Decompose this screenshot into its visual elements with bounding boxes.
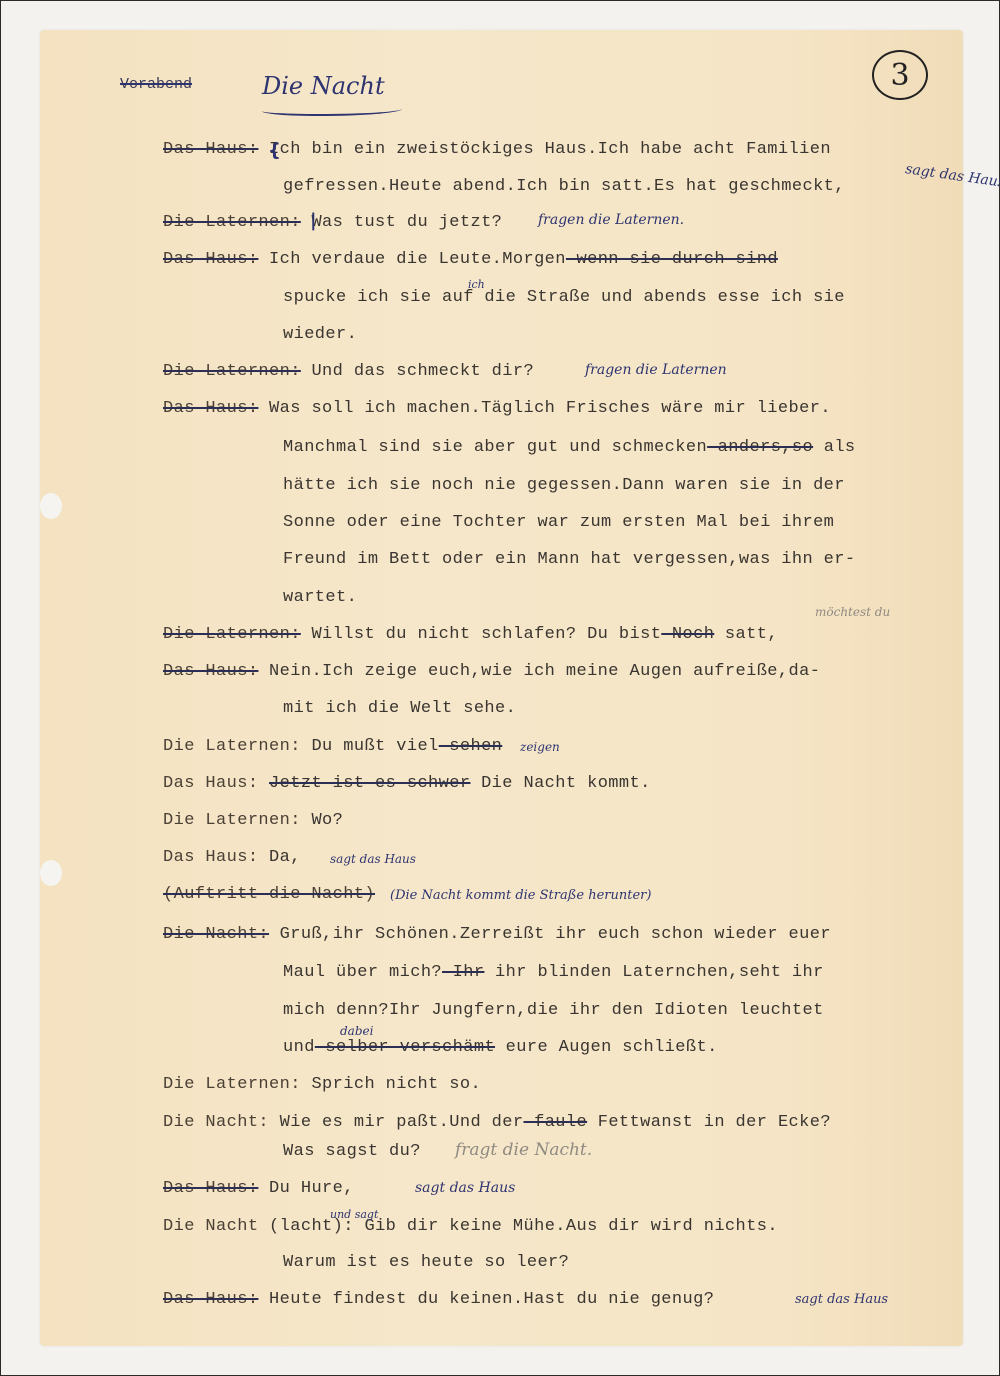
line-text: Ich bin ein zweistöckiges Haus.Ich habe …: [269, 140, 831, 159]
struck-text: sehen: [439, 737, 503, 756]
dialogue-line: Das Haus: Ich verdaue die Leute.Morgen w…: [163, 250, 778, 269]
dialogue-line: Freund im Bett oder ein Mann hat vergess…: [283, 550, 856, 569]
insertion-mark: |: [310, 210, 317, 231]
dialogue-line: mich denn?Ihr Jungfern,die ihr den Idiot…: [283, 1001, 824, 1020]
dialogue-line: Die Nacht: Gruß,ihr Schönen.Zerreißt ihr…: [163, 925, 831, 944]
speaker-label: Das Haus:: [163, 140, 258, 159]
line-text: mich denn?Ihr Jungfern,die ihr den Idiot…: [283, 1001, 824, 1020]
dialogue-line: Die Laternen: Was tust du jetzt?: [163, 213, 502, 232]
annotation-und-sagt: und sagt: [330, 1208, 378, 1221]
line-text: Heute findest du keinen.Hast du nie genu…: [269, 1290, 714, 1309]
dialogue-line: Die Laternen: Willst du nicht schlafen? …: [163, 625, 778, 644]
line-text: mit ich die Welt sehe.: [283, 699, 516, 718]
dialogue-line: Das Haus: Was soll ich machen.Täglich Fr…: [163, 399, 831, 418]
dialogue-line: Die Laternen: Wo?: [163, 811, 343, 830]
struck-text: anders,so: [707, 438, 813, 457]
line-text-after: satt,: [714, 625, 778, 644]
line-text: Du mußt viel: [311, 737, 438, 756]
annotation-ich: ich: [468, 278, 485, 291]
annotation-sagt-das-haus-2: sagt das Haus: [330, 852, 416, 866]
speaker-label: Das Haus:: [163, 1179, 258, 1198]
speaker-label: Die Nacht:: [163, 925, 269, 944]
speaker-label: Das Haus:: [163, 1290, 258, 1309]
dialogue-line: Die Laternen: Und das schmeckt dir?: [163, 362, 534, 381]
speaker-label: Die Nacht:: [163, 1113, 269, 1132]
annotation-dabei: dabei: [340, 1024, 373, 1038]
annotation-moechtest-du: möchtest du: [815, 605, 890, 619]
line-text: Nein.Ich zeige euch,wie ich meine Augen …: [269, 662, 820, 681]
struck-text: faule: [523, 1113, 587, 1132]
annotation-sagt-das-haus-4: sagt das Haus: [795, 1292, 888, 1307]
dialogue-line: Warum ist es heute so leer?: [283, 1253, 569, 1272]
speaker-label: Die Laternen:: [163, 1075, 301, 1094]
annotation-sagt-das-haus-3: sagt das Haus: [415, 1180, 515, 1196]
dialogue-line: Das Haus: Da,: [163, 848, 301, 867]
dialogue-line: (Auftritt die Nacht): [163, 885, 375, 904]
punch-hole-bottom: [40, 860, 62, 886]
dialogue-line: gefressen.Heute abend.Ich bin satt.Es ha…: [283, 177, 845, 196]
speaker-label: Die Laternen:: [163, 362, 301, 381]
speaker-label: (Auftritt die Nacht): [163, 885, 375, 904]
struck-title: Vorabend: [120, 76, 192, 93]
line-text: Da,: [269, 848, 301, 867]
dialogue-line: Das Haus: Nein.Ich zeige euch,wie ich me…: [163, 662, 820, 681]
dialogue-line: Das Haus: Du Hure,: [163, 1179, 354, 1198]
line-text: Warum ist es heute so leer?: [283, 1253, 569, 1272]
line-text: Manchmal sind sie aber gut und schmecken: [283, 438, 707, 457]
speaker-label: Das Haus:: [163, 662, 258, 681]
struck-text: selber verschämt: [315, 1038, 495, 1057]
line-text-after: Fettwanst in der Ecke?: [587, 1113, 831, 1132]
dialogue-line: wartet.: [283, 588, 357, 607]
line-text-after: ihr blinden Laternchen,seht ihr: [484, 963, 823, 982]
line-text: Ich verdaue die Leute.Morgen: [269, 250, 566, 269]
page-number: 3: [872, 50, 928, 100]
line-text: Wo?: [311, 811, 343, 830]
line-text: Wie es mir paßt.Und der: [280, 1113, 524, 1132]
line-text: Du Hure,: [269, 1179, 354, 1198]
dialogue-line: Die Laternen: Sprich nicht so.: [163, 1075, 481, 1094]
line-text: Gruß,ihr Schönen.Zerreißt ihr euch schon…: [280, 925, 831, 944]
dialogue-line: Die Nacht (lacht): Gib dir keine Mühe.Au…: [163, 1217, 778, 1236]
line-text-after: eure Augen schließt.: [495, 1038, 718, 1057]
struck-text: wenn sie durch sind: [566, 250, 778, 269]
dialogue-line: mit ich die Welt sehe.: [283, 699, 516, 718]
speaker-label: Die Laternen:: [163, 625, 301, 644]
annotation-fragen-die-laternen-1: fragen die Laternen.: [538, 212, 684, 228]
line-text-after: als: [813, 438, 855, 457]
line-text: Was soll ich machen.Täglich Frisches wär…: [269, 399, 831, 418]
line-text: wieder.: [283, 325, 357, 344]
annotation-fragen-die-laternen-2: fragen die Laternen: [585, 362, 727, 378]
dialogue-line: Das Haus: Heute findest du keinen.Hast d…: [163, 1290, 714, 1309]
struck-text: Ihr: [442, 963, 484, 982]
dialogue-line: und selber verschämt eure Augen schließt…: [283, 1038, 718, 1057]
dialogue-line: wieder.: [283, 325, 357, 344]
dialogue-line: Das Haus: Ich bin ein zweistöckiges Haus…: [163, 140, 831, 159]
line-text-after: Gib dir keine Mühe.Aus dir wird nichts.: [354, 1217, 778, 1236]
speaker-label: Das Haus:: [163, 848, 258, 867]
dialogue-line: Was sagst du?: [283, 1142, 421, 1161]
line-text: und: [283, 1038, 315, 1057]
line-text: Was sagst du?: [283, 1142, 421, 1161]
speaker-label: Das Haus:: [163, 250, 258, 269]
dialogue-line: Die Nacht: Wie es mir paßt.Und der faule…: [163, 1113, 831, 1132]
dialogue-line: Maul über mich? Ihr ihr blinden Laternch…: [283, 963, 824, 982]
annotation-fragt-die-nacht: fragt die Nacht.: [455, 1140, 592, 1160]
line-text: Sprich nicht so.: [311, 1075, 481, 1094]
line-text: spucke ich sie auf die Straße und abends…: [283, 288, 845, 307]
line-text: Was tust du jetzt?: [311, 213, 502, 232]
line-text: wartet.: [283, 588, 357, 607]
speaker-label: Die Laternen:: [163, 737, 301, 756]
dialogue-line: hätte ich sie noch nie gegessen.Dann war…: [283, 476, 845, 495]
annotation-zeigen: zeigen: [520, 740, 560, 754]
struck-text: Noch: [661, 625, 714, 644]
dialogue-line: Sonne oder eine Tochter war zum ersten M…: [283, 513, 834, 532]
line-text: Maul über mich?: [283, 963, 442, 982]
dialogue-line: spucke ich sie auf die Straße und abends…: [283, 288, 845, 307]
speaker-label: Die Laternen:: [163, 811, 301, 830]
dialogue-line: Das Haus: Jetzt ist es schwer Die Nacht …: [163, 774, 651, 793]
line-text: gefressen.Heute abend.Ich bin satt.Es ha…: [283, 177, 845, 196]
insertion-mark: {: [268, 140, 281, 161]
speaker-label: Das Haus:: [163, 399, 258, 418]
handwritten-title: Die Nacht: [262, 72, 385, 100]
dialogue-line: Die Laternen: Du mußt viel sehen: [163, 737, 502, 756]
speaker-label: Die Nacht: [163, 1217, 258, 1236]
punch-hole-top: [40, 493, 62, 519]
line-text: Willst du nicht schlafen? Du bist: [311, 625, 661, 644]
line-text: Sonne oder eine Tochter war zum ersten M…: [283, 513, 834, 532]
line-text: hätte ich sie noch nie gegessen.Dann war…: [283, 476, 845, 495]
speaker-label: Das Haus:: [163, 774, 258, 793]
struck-text: Jetzt ist es schwer: [269, 774, 470, 793]
annotation-die-nacht-kommt: (Die Nacht kommt die Straße herunter): [390, 888, 651, 903]
line-text-after: Die Nacht kommt.: [470, 774, 650, 793]
dialogue-line: Manchmal sind sie aber gut und schmecken…: [283, 438, 856, 457]
line-text: Freund im Bett oder ein Mann hat vergess…: [283, 550, 856, 569]
line-text: Und das schmeckt dir?: [311, 362, 534, 381]
speaker-label: Die Laternen:: [163, 213, 301, 232]
